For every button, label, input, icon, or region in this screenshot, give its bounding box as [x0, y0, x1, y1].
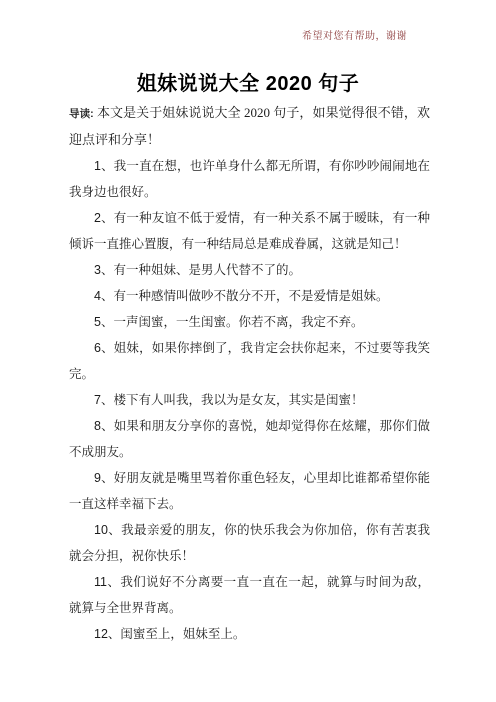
- lead-paragraph: 导读: 本文是关于姐妹说说大全 2020 句子，如果觉得很不错，欢迎点评和分享！: [69, 100, 430, 153]
- sentence-item: 12、闺蜜至上，姐妹至上。: [69, 621, 430, 647]
- sentence-item: 8、如果和朋友分享你的喜悦，她却觉得你在炫耀，那你们做不成朋友。: [69, 413, 430, 465]
- sentence-item: 4、有一种感情叫做吵不散分不开，不是爱情是姐妹。: [69, 283, 430, 309]
- sentence-list: 1、我一直在想，也许单身什么都无所谓，有你吵吵闹闹地在我身边也很好。2、有一种友…: [69, 153, 430, 647]
- sentence-item: 2、有一种友谊不低于爱情，有一种关系不属于暧昧，有一种倾诉一直推心置腹，有一种结…: [69, 205, 430, 257]
- document-page: 希望对您有帮助，谢谢 姐妹说说大全 2020 句子 导读: 本文是关于姐妹说说大…: [0, 0, 496, 702]
- sentence-item: 11、我们说好不分离要一直一直在一起，就算与时间为敌，就算与全世界背离。: [69, 569, 430, 621]
- page-title: 姐妹说说大全 2020 句子: [0, 70, 496, 98]
- sentence-item: 6、姐妹，如果你摔倒了，我肯定会扶你起来，不过要等我笑完。: [69, 335, 430, 387]
- header-note: 希望对您有帮助，谢谢: [0, 0, 496, 43]
- sentence-item: 9、好朋友就是嘴里骂着你重色轻友，心里却比谁都希望你能一直这样幸福下去。: [69, 465, 430, 517]
- sentence-item: 7、楼下有人叫我，我以为是女友，其实是闺蜜！: [69, 387, 430, 413]
- lead-label: 导读:: [69, 108, 94, 120]
- document-body: 导读: 本文是关于姐妹说说大全 2020 句子，如果觉得很不错，欢迎点评和分享！…: [0, 98, 496, 647]
- sentence-item: 10、我最亲爱的朋友，你的快乐我会为你加倍，你有苦衷我就会分担，祝你快乐！: [69, 517, 430, 569]
- lead-text: 本文是关于姐妹说说大全 2020 句子，如果觉得很不错，欢迎点评和分享！: [69, 105, 430, 147]
- sentence-item: 1、我一直在想，也许单身什么都无所谓，有你吵吵闹闹地在我身边也很好。: [69, 153, 430, 205]
- sentence-item: 5、一声闺蜜，一生闺蜜。你若不离，我定不弃。: [69, 309, 430, 335]
- sentence-item: 3、有一种姐妹、是男人代替不了的。: [69, 257, 430, 283]
